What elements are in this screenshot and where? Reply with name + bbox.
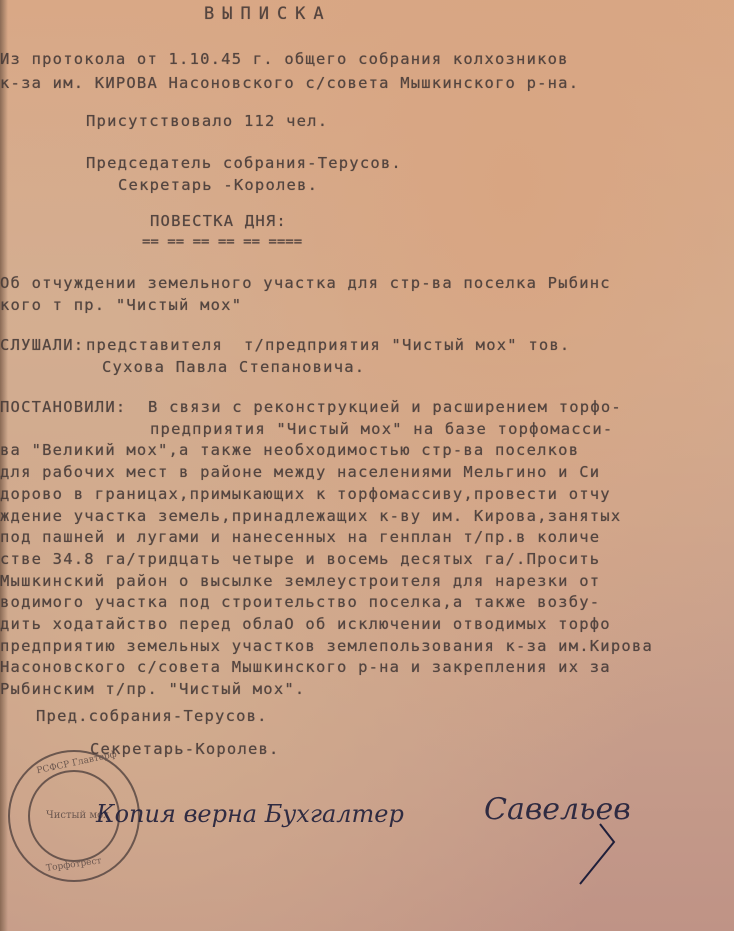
resolved-line: Рыбинским т/пр. "Чистый мох".	[0, 680, 305, 698]
heard-line-1: представителя т/предприятия "Чистый мох"…	[86, 336, 570, 354]
resolved-line: предприятия "Чистый мох" на базе торфома…	[150, 420, 613, 438]
resolved-line: дорово в границах,примыкающих к торфомас…	[0, 485, 611, 503]
resolved-line: Насоновского с/совета Мышкинского р-на и…	[0, 658, 611, 676]
agenda-underline: == == == == == ====	[142, 234, 302, 250]
chairman: Председатель собрания-Терусов.	[86, 154, 402, 172]
heard-line-2: Сухова Павла Степановича.	[102, 358, 365, 376]
footer-chairman: Пред.собрания-Терусов.	[36, 707, 268, 725]
agenda-line-2: кого т пр. "Чистый мох"	[0, 296, 242, 314]
agenda-line-1: Об отчуждении земельного участка для стр…	[0, 274, 611, 292]
stamp-bottom-text: Торфотрест	[46, 856, 103, 874]
secretary: Секретарь -Королев.	[118, 176, 318, 194]
footer-secretary: Секретарь-Королев.	[90, 740, 280, 758]
resolved-line: водимого участка под строительство посел…	[0, 593, 600, 611]
resolved-line: стве 34.8 га/тридцать четыре и восемь де…	[0, 550, 600, 568]
header-line-1: Из протокола от 1.10.45 г. общего собран…	[0, 50, 569, 68]
heard-label: СЛУШАЛИ:	[0, 336, 84, 354]
resolved-line: для рабочих мест в районе между населени…	[0, 463, 600, 481]
certification-handwriting: Копия верна Бухгалтер	[96, 800, 404, 828]
header-line-2: к-за им. КИРОВА Насоновского с/совета Мы…	[0, 74, 579, 92]
resolved-line: Мышкинский район о высылке землеустроите…	[0, 572, 600, 590]
resolved-line: В связи с реконструкцией и расширением т…	[148, 398, 622, 416]
signature-flourish	[560, 820, 620, 890]
document-title: ВЫПИСКА	[204, 4, 332, 24]
resolved-line: под пашней и лугами и нанесенных на генп…	[0, 528, 600, 546]
attendance: Присутствовало 112 чел.	[86, 112, 328, 130]
resolved-line: ва "Великий мох",а также необходимостью …	[0, 441, 579, 459]
resolved-line: предприятию земельных участков землеполь…	[0, 637, 653, 655]
resolved-label: ПОСТАНОВИЛИ:	[0, 398, 126, 416]
agenda-heading: ПОВЕСТКА ДНЯ:	[150, 212, 287, 230]
resolved-line: ждение участка земель,принадлежащих к-ву…	[0, 507, 621, 525]
resolved-line: дить ходатайство перед облаО об исключен…	[0, 615, 611, 633]
